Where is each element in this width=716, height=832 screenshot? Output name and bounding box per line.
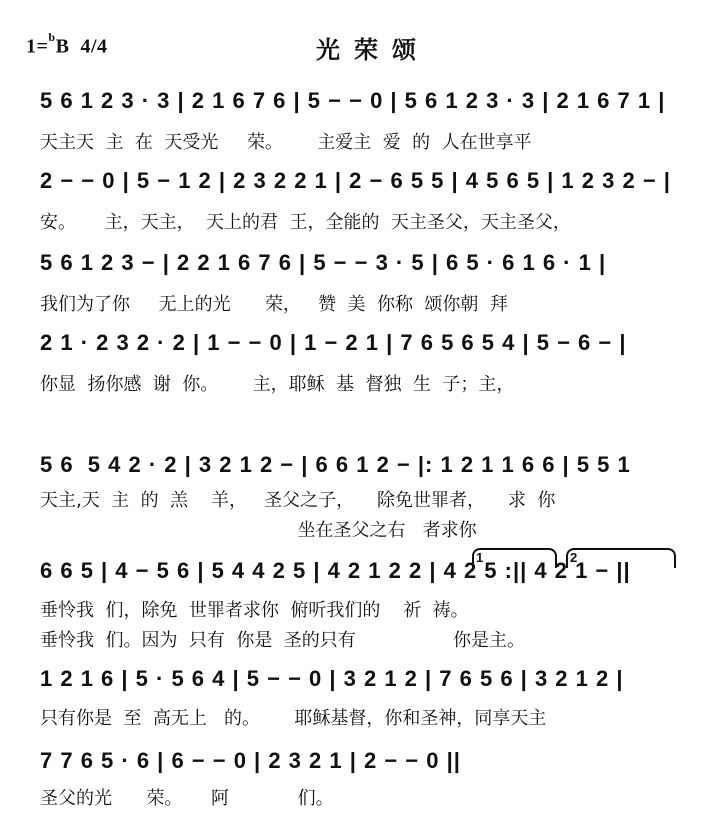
lyric-line-5a: 天主,天 主 的 羔 羊， 圣父之子， 除免世罪者， 求 你 (40, 486, 555, 512)
lyric-line-6a: 垂怜我 们，除免 世罪者求你 俯听我们的 祈 祷。 (40, 596, 469, 622)
notation-line-2: 2 − − 0 | 5 − 1 2 | 2 3 2 2 1 | 2 − 6 5 … (40, 168, 671, 194)
notation-line-3: 5 6 1 2 3 − | 2 2 1 6 7 6 | 5 − − 3 · 5 … (40, 250, 606, 276)
first-ending-bracket (472, 548, 557, 568)
notation-line-1: 5 6 1 2 3 · 3 | 2 1 6 7 6 | 5 − − 0 | 5 … (40, 88, 665, 114)
song-title: 光荣颂 (0, 30, 716, 65)
lyric-line-7: 只有你是 至 高无上 的。 耶稣基督，你和圣神，同享天主 (40, 704, 546, 730)
notation-line-7: 1 2 1 6 | 5 · 5 6 4 | 5 − − 0 | 3 2 1 2 … (40, 666, 624, 692)
lyric-line-8: 圣父的光 荣。 阿 们。 (40, 784, 334, 810)
lyric-line-1: 天主天 主 在 天受光 荣。 主爱主 爱 的 人在世享平 (40, 128, 532, 154)
lyric-line-6b: 垂怜我 们。因为 只有 你是 圣的只有 你是主。 (40, 626, 525, 652)
first-ending-number: 1 (476, 550, 483, 565)
notation-line-5: 5 6 5 4 2 · 2 | 3 2 1 2 − | 6 6 1 2 − |:… (40, 452, 631, 478)
lyric-line-3: 我们为了你 无上的光 荣， 赞 美 你称 颂你朝 拜 (40, 290, 508, 316)
lyric-line-2: 安。 主，天主， 天上的君 王，全能的 天主圣父，天主圣父， (40, 208, 571, 234)
second-ending-number: 2 (570, 550, 577, 565)
second-ending-bracket (566, 548, 676, 568)
lyric-line-5b: 坐在圣父之右 者求你 (40, 516, 477, 542)
notation-line-4: 2 1 · 2 3 2 · 2 | 1 − − 0 | 1 − 2 1 | 7 … (40, 330, 627, 356)
notation-line-8: 7 7 6 5 · 6 | 6 − − 0 | 2 3 2 1 | 2 − − … (40, 748, 461, 774)
lyric-line-4: 你显 扬你感 谢 你。 主，耶稣 基 督独 生 子；主， (40, 370, 514, 396)
